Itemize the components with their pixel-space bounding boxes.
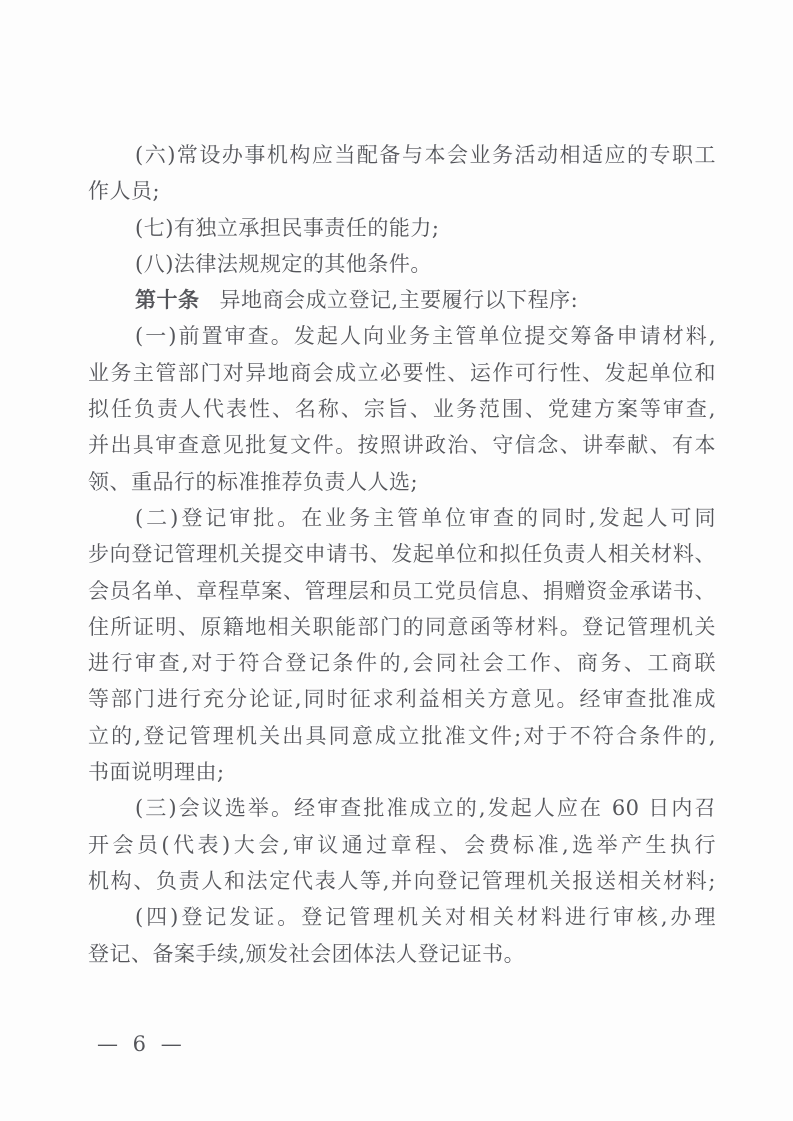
text-line: (三)会议选举。经审查批准成立的,发起人应在 60 日内召 bbox=[88, 790, 716, 826]
text-segment: 并出具审查意见批复文件。按照讲政治、守信念、讲奉献、有本 bbox=[88, 433, 716, 457]
text-line: (二)登记审批。在业务主管单位审查的同时,发起人可同 bbox=[88, 500, 716, 536]
text-segment: 拟任负责人代表性、名称、宗旨、业务范围、党建方案等审查, bbox=[88, 397, 716, 421]
text-line: 领、重品行的标准推荐负责人人选; bbox=[88, 464, 716, 500]
text-line: 业务主管部门对异地商会成立必要性、运作可行性、发起单位和 bbox=[88, 355, 716, 391]
text-segment: 业务主管部门对异地商会成立必要性、运作可行性、发起单位和 bbox=[88, 361, 716, 385]
text-segment: (四)登记发证。登记管理机关对相关材料进行审核,办理 bbox=[135, 905, 716, 929]
text-line: 步向登记管理机关提交申请书、发起单位和拟任负责人相关材料、 bbox=[88, 536, 716, 572]
text-line: (八)法律法规规定的其他条件。 bbox=[88, 246, 716, 282]
text-line: 立的,登记管理机关出具同意成立批准文件;对于不符合条件的, bbox=[88, 718, 716, 754]
text-segment: 书面说明理由; bbox=[88, 760, 225, 784]
text-segment: 登记、备案手续,颁发社会团体法人登记证书。 bbox=[88, 942, 525, 966]
text-line: 登记、备案手续,颁发社会团体法人登记证书。 bbox=[88, 936, 716, 972]
text-line: 并出具审查意见批复文件。按照讲政治、守信念、讲奉献、有本 bbox=[88, 427, 716, 463]
text-line: 进行审查,对于符合登记条件的,会同社会工作、商务、工商联 bbox=[88, 645, 716, 681]
text-segment: (一)前置审查。发起人向业务主管单位提交筹备申请材料, bbox=[135, 324, 716, 348]
text-line: 机构、负责人和法定代表人等,并向登记管理机关报送相关材料; bbox=[88, 863, 716, 899]
text-line: 住所证明、原籍地相关职能部门的同意函等材料。登记管理机关 bbox=[88, 609, 716, 645]
text-line: 第十条异地商会成立登记,主要履行以下程序: bbox=[88, 282, 716, 318]
text-segment: (八)法律法规规定的其他条件。 bbox=[135, 252, 432, 276]
text-line: 作人员; bbox=[88, 173, 716, 209]
text-line: 书面说明理由; bbox=[88, 754, 716, 790]
text-line: (七)有独立承担民事责任的能力; bbox=[88, 210, 716, 246]
text-line: (六)常设办事机构应当配备与本会业务活动相适应的专职工 bbox=[88, 137, 716, 173]
text-line: 拟任负责人代表性、名称、宗旨、业务范围、党建方案等审查, bbox=[88, 391, 716, 427]
text-segment: 作人员; bbox=[88, 179, 160, 203]
text-line: (一)前置审查。发起人向业务主管单位提交筹备申请材料, bbox=[88, 318, 716, 354]
text-segment: (二)登记审批。在业务主管单位审查的同时,发起人可同 bbox=[135, 506, 716, 530]
document-body: (六)常设办事机构应当配备与本会业务活动相适应的专职工作人员;(七)有独立承担民… bbox=[88, 137, 716, 972]
page-number: — 6 — bbox=[97, 1032, 186, 1056]
text-segment: 等部门进行充分论证,同时征求利益相关方意见。经审查批准成 bbox=[88, 687, 716, 711]
text-segment: (三)会议选举。经审查批准成立的,发起人应在 60 日内召 bbox=[135, 796, 716, 820]
text-segment: 步向登记管理机关提交申请书、发起单位和拟任负责人相关材料、 bbox=[88, 542, 716, 566]
text-line: (四)登记发证。登记管理机关对相关材料进行审核,办理 bbox=[88, 899, 716, 935]
scanned-document-page: (六)常设办事机构应当配备与本会业务活动相适应的专职工作人员;(七)有独立承担民… bbox=[0, 0, 793, 1121]
text-line: 开会员(代表)大会,审议通过章程、会费标准,选举产生执行 bbox=[88, 827, 716, 863]
text-segment: 异地商会成立登记,主要履行以下程序: bbox=[220, 288, 579, 312]
text-segment: 住所证明、原籍地相关职能部门的同意函等材料。登记管理机关 bbox=[88, 615, 716, 639]
text-segment: 立的,登记管理机关出具同意成立批准文件;对于不符合条件的, bbox=[88, 724, 716, 748]
text-segment: 领、重品行的标准推荐负责人人选; bbox=[88, 470, 418, 494]
text-segment: (七)有独立承担民事责任的能力; bbox=[135, 216, 439, 240]
text-segment: 机构、负责人和法定代表人等,并向登记管理机关报送相关材料; bbox=[88, 869, 716, 893]
text-segment: 开会员(代表)大会,审议通过章程、会费标准,选举产生执行 bbox=[88, 833, 716, 857]
article-number-label: 第十条 bbox=[135, 287, 200, 312]
text-line: 等部门进行充分论证,同时征求利益相关方意见。经审查批准成 bbox=[88, 681, 716, 717]
text-segment: 进行审查,对于符合登记条件的,会同社会工作、商务、工商联 bbox=[88, 651, 716, 675]
text-segment: 会员名单、章程草案、管理层和员工党员信息、捐赠资金承诺书、 bbox=[88, 579, 716, 603]
text-line: 会员名单、章程草案、管理层和员工党员信息、捐赠资金承诺书、 bbox=[88, 573, 716, 609]
text-segment: (六)常设办事机构应当配备与本会业务活动相适应的专职工 bbox=[135, 143, 716, 167]
